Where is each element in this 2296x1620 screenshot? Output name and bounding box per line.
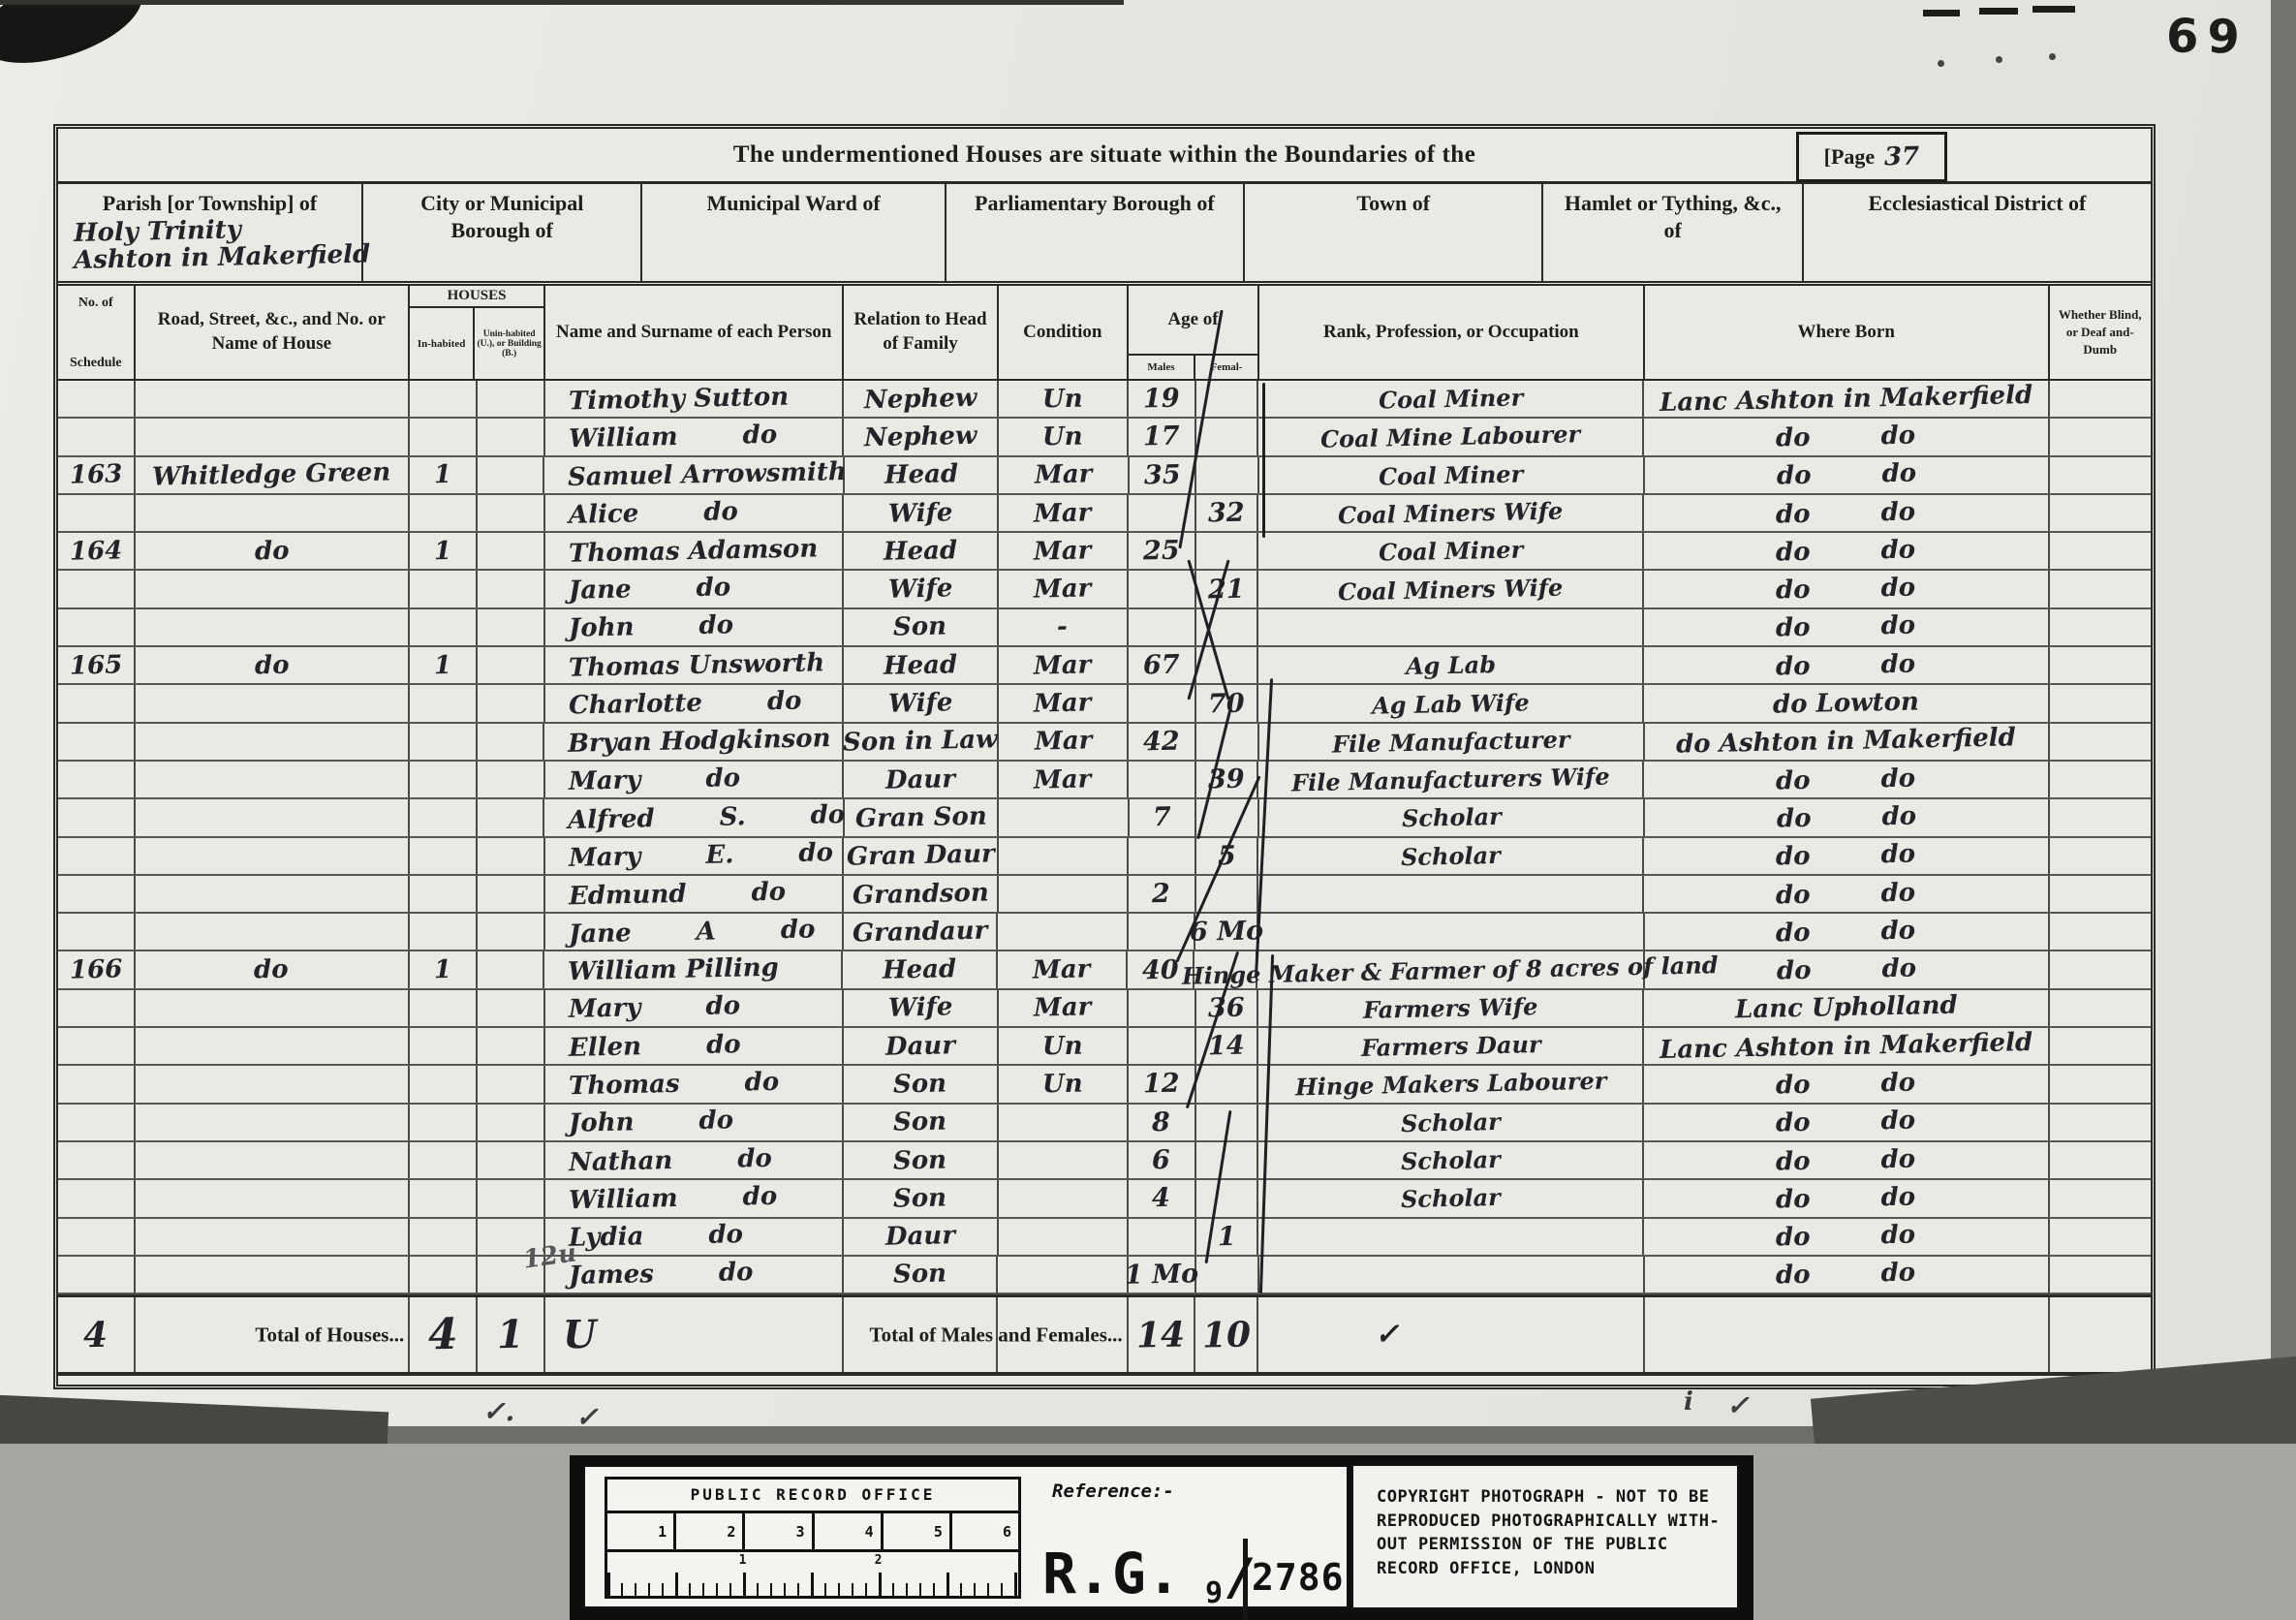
cell-text: do do: [1776, 1182, 1916, 1214]
scan-right-edge: [2271, 0, 2296, 1446]
cell-born: do do: [1644, 1066, 2049, 1102]
cell-condition: [999, 1105, 1129, 1140]
cell-inh: [410, 1219, 478, 1255]
cell-relation: Wife: [844, 685, 998, 721]
cell-occupation: Ag Lab: [1258, 647, 1644, 683]
cell-schedule: [58, 838, 136, 874]
cell-text: Scholar: [1401, 841, 1501, 871]
cell-age_m: 7: [1130, 799, 1197, 835]
cell-text: 6 Mo: [1190, 917, 1264, 949]
cell-occupation: Scholar: [1258, 1180, 1644, 1216]
cell-remarks: [2050, 533, 2152, 569]
cell-text: 21: [1208, 574, 1245, 605]
cell-text: Son: [893, 1145, 947, 1175]
cell-text: Coal Miners Wife: [1338, 497, 1564, 530]
district-column: Hamlet or Tything, &c., of: [1543, 181, 1804, 281]
cell-text: Coal Miner: [1379, 384, 1524, 415]
cell-text: 1: [434, 460, 452, 489]
district-column-label: Municipal Ward of: [642, 190, 944, 217]
copyright-line: COPYRIGHT PHOTOGRAPH - NOT TO BE: [1377, 1485, 1737, 1510]
cell-text: File Manufacturers Wife: [1291, 763, 1610, 797]
pro-ruler-reference-panel: PUBLIC RECORD OFFICE 123456 1 2 Referenc…: [583, 1465, 1349, 1608]
cell-road: [136, 914, 411, 950]
cell-condition: Mar: [999, 647, 1129, 683]
cell-text: Wife: [887, 993, 952, 1023]
cell-condition: [999, 1219, 1129, 1255]
cell-road: [136, 419, 411, 454]
header-houses-group: HOUSES In-habited Unin-habited (U.), or …: [410, 286, 545, 379]
cell-remarks: [2050, 1257, 2151, 1293]
cell-text: Coal Miner: [1379, 536, 1524, 567]
header-inhabited: In-habited: [410, 308, 475, 379]
cell-born: do do: [1644, 533, 2049, 569]
totals-uninhabited: 1: [478, 1297, 545, 1372]
cell-condition: [998, 914, 1128, 950]
cell-name: Alice do: [545, 495, 845, 531]
table-row: William doSon4Scholardo do: [58, 1180, 2151, 1218]
cell-relation: Nephew: [844, 381, 998, 417]
cell-schedule: [58, 1142, 136, 1178]
cell-uninh: [478, 876, 545, 912]
cell-text: do do: [1776, 1259, 1916, 1291]
cell-age_f: [1196, 457, 1259, 493]
cell-text: Daur: [885, 1221, 956, 1252]
cell-text: Mar: [1034, 498, 1092, 528]
cell-text: Coal Miners Wife: [1338, 573, 1564, 606]
cell-relation: Head: [843, 951, 997, 987]
header-name: Name and Surname of each Person: [545, 286, 844, 379]
cell-age_m: 19: [1129, 381, 1196, 417]
cell-text: do do: [1776, 1144, 1916, 1176]
census-form: The undermentioned Houses are situate wi…: [53, 124, 2156, 1389]
cell-inh: 1: [410, 533, 478, 569]
cell-text: 19: [1143, 384, 1180, 415]
cell-name: William Pilling: [544, 951, 843, 987]
cell-occupation: Scholar: [1259, 799, 1645, 835]
pro-office-title: PUBLIC RECORD OFFICE: [607, 1480, 1018, 1513]
cell-text: Un: [1042, 1070, 1083, 1100]
cell-text: do Lowton: [1773, 687, 1919, 719]
cell-schedule: [58, 495, 136, 531]
cell-condition: Mar: [999, 571, 1129, 607]
cell-text: Mar: [1034, 993, 1092, 1023]
cell-born: do do: [1644, 1180, 2049, 1216]
table-row: William doNephewUn17Coal Mine Labourerdo…: [58, 419, 2151, 456]
header-condition: Condition: [999, 286, 1129, 379]
cell-relation: Son in Law: [844, 724, 999, 760]
cell-text: 1: [434, 651, 452, 680]
cell-text: Nephew: [863, 383, 977, 414]
ruler-inch-cells: 123456: [607, 1513, 1018, 1552]
cell-relation: Son: [844, 1257, 998, 1293]
copyright-line: RECORD OFFICE, LONDON: [1377, 1557, 1737, 1581]
scan-mark: [1923, 10, 1960, 16]
cell-relation: Daur: [844, 1028, 998, 1064]
cell-text: Coal Miner: [1379, 459, 1524, 490]
cell-text: Jane A do: [568, 915, 815, 949]
cell-text: 163: [69, 460, 122, 490]
scan-dot: [1938, 60, 1944, 67]
cell-age_m: 25: [1129, 533, 1196, 569]
cell-inh: [410, 419, 478, 454]
cell-born: do do: [1644, 762, 2049, 797]
cell-name: Mary do: [545, 990, 845, 1026]
check-mark: ✓.: [482, 1395, 514, 1427]
cell-uninh: [478, 990, 545, 1026]
cell-uninh: [478, 1028, 545, 1064]
cell-condition: Un: [999, 419, 1129, 454]
cell-text: -: [1057, 612, 1068, 641]
cell-schedule: [58, 762, 136, 797]
cell-text: 1: [1217, 1221, 1235, 1251]
cell-age_m: [1129, 1028, 1196, 1064]
cell-age_m: 8: [1129, 1105, 1196, 1140]
cell-condition: [999, 1142, 1129, 1178]
cell-occupation: Coal Mine Labourer: [1258, 419, 1644, 454]
cell-text: Alice do: [568, 497, 737, 530]
cell-condition: [998, 1257, 1128, 1293]
reference-label: Reference:-: [1052, 1480, 1174, 1502]
cell-schedule: 163: [58, 457, 136, 493]
cell-condition: -: [999, 609, 1129, 645]
record-rows: Timothy SuttonNephewUn19Coal MinerLanc A…: [58, 381, 2151, 1294]
cell-text: Mar: [1034, 536, 1092, 566]
cell-remarks: [2050, 1028, 2152, 1064]
cell-text: William do: [568, 421, 777, 453]
cell-schedule: [58, 799, 136, 835]
cell-text: 67: [1143, 650, 1180, 681]
cell-inh: 1: [410, 647, 478, 683]
cell-inh: 1: [410, 951, 478, 987]
cell-road: [136, 762, 411, 797]
table-row: Jane doWifeMar21Coal Miners Wifedo do: [58, 571, 2151, 608]
cell-occupation: Coal Miner: [1258, 533, 1644, 569]
cell-inh: [410, 799, 478, 835]
cell-born: do do: [1644, 571, 2049, 607]
header-schedule-line1: No. of: [78, 296, 113, 311]
cell-uninh: [478, 1066, 545, 1102]
cell-text: Hinge Maker & Farmer of 8 acres of land: [1182, 950, 1719, 990]
cell-road: [136, 799, 410, 835]
cell-text: Mar: [1034, 575, 1092, 605]
cell-text: Son in Law: [843, 726, 998, 758]
table-row: Timothy SuttonNephewUn19Coal MinerLanc A…: [58, 381, 2151, 419]
cell-born: do do: [1644, 1219, 2049, 1255]
totals-females: 10: [1195, 1297, 1258, 1372]
cell-uninh: [478, 914, 545, 950]
cell-name: Bryan Hodgkinson: [544, 724, 844, 760]
cell-text: 165: [69, 650, 122, 680]
totals-uninhabited-value: 1: [496, 1312, 524, 1358]
totals-row: 4 Total of Houses... 4 1 U Total of Male…: [58, 1294, 2151, 1376]
column-header-row: No. of Schedule Road, Street, &c., and N…: [58, 286, 2151, 381]
cell-text: Daur: [885, 1031, 956, 1062]
cell-remarks: [2050, 647, 2152, 683]
header-age-females: Femal-: [1195, 356, 1257, 379]
cell-name: John do: [545, 1105, 845, 1140]
cell-born: do do: [1644, 838, 2049, 874]
cell-text: do do: [1776, 497, 1916, 529]
cell-text: Hinge Makers Labourer: [1294, 1067, 1606, 1102]
cell-text: Coal Mine Labourer: [1320, 421, 1581, 454]
totals-mf-label-cell: Total of Males and Females...: [998, 1297, 1128, 1372]
cell-text: 25: [1143, 536, 1180, 567]
cell-relation: Son: [844, 1142, 998, 1178]
cell-name: Thomas do: [545, 1066, 845, 1102]
cell-uninh: [478, 609, 545, 645]
ruler-inch-number: 5: [884, 1513, 952, 1549]
header-schedule-line2: Schedule: [70, 356, 122, 371]
cell-condition: Mar: [999, 990, 1129, 1026]
cell-born: do do: [1644, 647, 2049, 683]
cell-occupation: [1258, 1219, 1644, 1255]
scan-fold-line: [1243, 1539, 1248, 1620]
cell-born: do do: [1644, 1105, 2049, 1140]
cell-text: Whitledge Green: [152, 458, 391, 492]
cell-inh: [410, 1180, 478, 1216]
cell-occupation: Coal Miners Wife: [1258, 495, 1644, 531]
cell-text: Thomas do: [568, 1068, 779, 1102]
cell-text: do do: [1776, 649, 1916, 681]
cell-name: Thomas Unsworth: [545, 647, 845, 683]
cell-name: James do: [545, 1257, 845, 1293]
cell-age_m: 4: [1129, 1180, 1196, 1216]
ruler-big-ticks: [607, 1573, 1018, 1596]
cell-age_f: 1: [1196, 1219, 1259, 1255]
cell-text: Thomas Unsworth: [568, 648, 824, 683]
cell-text: do Ashton in Makerfield: [1676, 724, 2016, 760]
cell-road: [136, 1219, 411, 1255]
page-number-handwritten: 37: [1884, 142, 1920, 172]
cell-text: 42: [1143, 726, 1180, 757]
table-row: John doSon-do do: [58, 609, 2151, 647]
cell-text: Nathan do: [568, 1143, 771, 1176]
district-column-label: Ecclesiastical District of: [1804, 190, 2151, 217]
cell-text: Mar: [1034, 688, 1092, 718]
cell-born: do do: [1644, 495, 2049, 531]
cell-age_m: 17: [1129, 419, 1196, 454]
table-row: Mary doDaurMar39File Manufacturers Wifed…: [58, 762, 2151, 799]
cell-schedule: [58, 1105, 136, 1140]
cell-text: Mar: [1034, 764, 1092, 794]
cell-inh: [410, 762, 478, 797]
cell-born: do do: [1645, 799, 2050, 835]
cell-text: Un: [1042, 422, 1083, 452]
cell-name: Alfred S. do: [544, 799, 845, 835]
ruler-inch-number: 2: [676, 1513, 745, 1549]
cell-born: do do: [1644, 609, 2049, 645]
totals-males-females-label: Total of Males and Females...: [870, 1323, 1123, 1347]
cell-text: Head: [883, 954, 957, 985]
cell-text: do do: [1776, 1221, 1916, 1253]
cell-text: 40: [1141, 954, 1178, 985]
cell-inh: [410, 838, 478, 874]
cell-text: 4: [1152, 1183, 1170, 1213]
cell-occupation: Farmers Daur: [1258, 1028, 1644, 1064]
cell-uninh: [478, 419, 545, 454]
cell-age_m: 67: [1129, 647, 1196, 683]
cell-text: Ag Lab: [1406, 650, 1497, 680]
table-row: 163Whitledge Green1Samuel ArrowsmithHead…: [58, 457, 2151, 495]
cell-text: do do: [1776, 801, 1916, 833]
cell-occupation: Scholar: [1258, 838, 1644, 874]
cell-name: Ellen do: [545, 1028, 845, 1064]
table-row: Mary E. doGran Daur5Scholardo do: [58, 838, 2151, 876]
cell-born: do Ashton in Makerfield: [1645, 724, 2050, 760]
totals-inhabited-value: 4: [427, 1310, 458, 1360]
cell-text: Scholar: [1401, 1145, 1501, 1175]
cell-uninh: [478, 495, 545, 531]
cell-age_m: 2: [1129, 876, 1196, 912]
cell-born: Lanc Ashton in Makerfield: [1644, 1028, 2049, 1064]
cell-text: Ag Lab Wife: [1372, 688, 1530, 719]
cell-relation: Wife: [844, 990, 998, 1026]
cell-text: do do: [1776, 535, 1916, 567]
cell-condition: [999, 876, 1129, 912]
cell-inh: [410, 609, 478, 645]
header-where-born: Where Born: [1645, 286, 2050, 379]
cell-born: do do: [1645, 1257, 2050, 1293]
cell-text: Mary do: [568, 763, 740, 796]
cell-born: do do: [1645, 914, 2050, 950]
check-mark: ✓: [1726, 1389, 1749, 1421]
cell-name: Thomas Adamson: [545, 533, 845, 569]
cell-condition: [999, 1180, 1129, 1216]
cell-text: Mary E. do: [568, 838, 833, 873]
cell-born: Lanc Upholland: [1644, 990, 2049, 1026]
cell-schedule: [58, 571, 136, 607]
cell-occupation: Coal Miner: [1258, 381, 1644, 417]
cell-text: Farmers Wife: [1363, 992, 1538, 1024]
cell-condition: Mar: [999, 685, 1129, 721]
cell-remarks: [2050, 381, 2152, 417]
cell-text: Bryan Hodgkinson: [568, 724, 831, 759]
cell-inh: [410, 724, 478, 760]
header-uninhabited: Unin-habited (U.), or Building (B.): [475, 308, 543, 379]
cell-inh: [410, 914, 478, 950]
header-road: Road, Street, &c., and No. or Name of Ho…: [136, 286, 411, 379]
cell-text: Samuel Arrowsmith: [568, 457, 847, 492]
cell-text: John do: [568, 1106, 733, 1139]
cell-text: Wife: [887, 574, 952, 604]
cell-text: do do: [1776, 916, 1916, 948]
cell-occupation: Coal Miners Wife: [1258, 571, 1644, 607]
cell-schedule: [58, 990, 136, 1026]
district-column: City or Municipal Borough of: [363, 181, 642, 281]
cell-relation: Head: [845, 457, 999, 493]
table-row: Thomas doSonUn12Hinge Makers Labourerdo …: [58, 1066, 2151, 1104]
totals-born-blank: [1645, 1297, 2050, 1372]
cell-condition: [999, 838, 1129, 874]
pro-reference-area: Reference:- R.G. 9 / 2786: [1040, 1467, 1350, 1610]
cell-remarks: [2050, 457, 2151, 493]
cell-age_m: [1129, 571, 1196, 607]
cell-text: Mary do: [568, 992, 740, 1025]
cell-text: James do: [568, 1258, 753, 1291]
cell-born: do Lowton: [1644, 685, 2049, 721]
cell-age_f: [1196, 1066, 1259, 1102]
cell-condition: Mar: [998, 951, 1128, 987]
cell-text: Timothy Sutton: [568, 382, 789, 416]
cell-occupation: [1258, 609, 1644, 645]
cell-born: do do: [1644, 419, 2049, 454]
cell-relation: Nephew: [844, 419, 998, 454]
table-row: Alice doWifeMar32Coal Miners Wifedo do: [58, 495, 2151, 533]
cell-age_f: [1196, 1180, 1259, 1216]
header-houses-title: HOUSES: [410, 286, 543, 308]
scan-dot: [2049, 53, 2056, 60]
cell-text: Gran Daur: [846, 840, 994, 872]
cell-occupation: Scholar: [1258, 1142, 1644, 1178]
cell-road: [136, 685, 411, 721]
cell-text: John do: [568, 611, 733, 644]
cell-text: 7: [1153, 802, 1171, 832]
cell-text: Daur: [885, 764, 956, 795]
cell-uninh: [478, 457, 545, 493]
totals-houses-label-cell: Total of Houses...: [136, 1297, 411, 1372]
cell-text: Jane do: [568, 573, 730, 605]
cell-schedule: [58, 1066, 136, 1102]
cell-relation: Wife: [844, 571, 998, 607]
cell-text: Un: [1042, 384, 1083, 414]
table-row: 166do1William PillingHeadMar40Hinge Make…: [58, 951, 2151, 989]
cell-text: do do: [1776, 954, 1916, 986]
cell-age_m: 6: [1129, 1142, 1196, 1178]
ruler-ticks: 1 2: [607, 1552, 1018, 1596]
cell-inh: [410, 495, 478, 531]
cell-relation: Grandaur: [844, 914, 998, 950]
cell-age_f: [1196, 1142, 1259, 1178]
totals-females-value: 10: [1201, 1314, 1251, 1355]
page-label: [Page: [1824, 144, 1876, 170]
cell-remarks: [2050, 990, 2152, 1026]
table-row: James doSon1 Modo do: [58, 1257, 2151, 1294]
cell-text: Lanc Upholland: [1734, 991, 1957, 1025]
cell-born: do do: [1644, 1142, 2049, 1178]
cell-born: do do: [1645, 951, 2050, 987]
ruler-lower-number: 1: [739, 1553, 747, 1568]
cell-age_m: [1129, 762, 1196, 797]
cell-occupation: Ag Lab Wife: [1258, 685, 1644, 721]
cell-born: do do: [1644, 876, 2049, 912]
cell-age_f: 39: [1196, 762, 1259, 797]
scan-mark: [1979, 8, 2018, 15]
cell-text: Scholar: [1401, 1183, 1501, 1213]
cell-road: [136, 1028, 411, 1064]
cell-text: do do: [1776, 421, 1916, 452]
cell-relation: Son: [844, 609, 998, 645]
cell-relation: Grandson: [844, 876, 998, 912]
totals-scrawl-cell: U: [545, 1297, 845, 1372]
cell-schedule: [58, 381, 136, 417]
cell-text: Wife: [887, 688, 952, 718]
totals-checkmark: ✓: [1375, 1318, 1400, 1353]
cell-inh: [410, 1142, 478, 1178]
cell-schedule: [58, 876, 136, 912]
cell-name: Mary E. do: [545, 838, 845, 874]
cell-schedule: [58, 419, 136, 454]
cell-road: [136, 990, 411, 1026]
cell-text: Son: [893, 1107, 947, 1137]
cell-schedule: [58, 1180, 136, 1216]
cell-text: do do: [1776, 459, 1916, 491]
cell-remarks: [2050, 1105, 2152, 1140]
cell-uninh: [478, 1105, 545, 1140]
cell-condition: Mar: [999, 495, 1129, 531]
cell-age_m: [1129, 685, 1196, 721]
cell-uninh: [478, 762, 545, 797]
header-age-subrow: Males Femal-: [1129, 354, 1257, 379]
